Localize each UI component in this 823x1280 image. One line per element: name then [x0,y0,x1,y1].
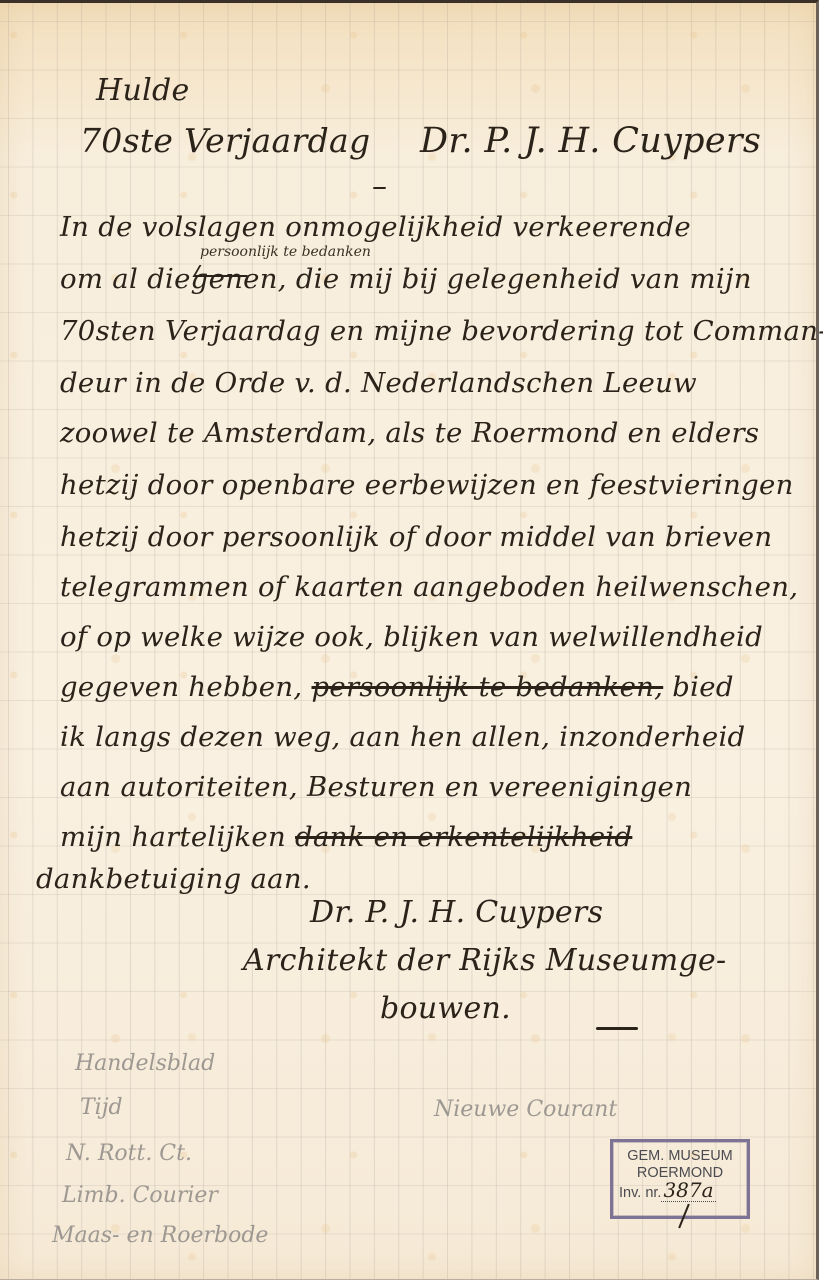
pencil-note: Nieuwe Courant [434,1097,617,1122]
struck-text: persoonlijk te bedanken, [311,671,663,703]
inventory-label: Inv. nr. [619,1185,661,1201]
body-text: bied [663,671,734,703]
signature-dash [596,1027,638,1030]
pencil-note: Tijd [80,1095,123,1120]
body-line: 70sten Verjaardag en mijne bevordering t… [60,315,823,347]
interlinear-insertion: persoonlijk te bedanken [200,244,371,260]
body-line: deur in de Orde v. d. Nederlandschen Lee… [60,367,697,399]
body-line: of op welke wijze ook, blijken van welwi… [60,621,763,653]
struck-text: dank en erkentelijkheid [295,821,632,853]
pencil-note: N. Rott. Ct. [66,1141,192,1166]
body-line: aan autoriteiten, Besturen en vereenigin… [60,771,692,803]
pencil-note: Maas- en Roerbode [52,1223,268,1248]
body-line: om al diegenen, die mij bij gelegenheid … [60,263,752,295]
header-separator: – [372,169,387,204]
body-line: In de volslagen onmogelijkheid verkeeren… [60,211,691,243]
body-line: hetzij door openbare eerbewijzen en fees… [60,469,794,501]
pencil-note: Limb. Courier [62,1183,218,1208]
stamp-inventory: Inv. nr.387a [613,1182,747,1202]
museum-stamp: GEM. MUSEUM ROERMOND Inv. nr.387a [610,1139,750,1219]
pencil-note: Handelsblad [75,1051,215,1076]
occasion-heading: 70ste Verjaardag [80,121,370,160]
honoree-name: Dr. P. J. H. Cuypers [420,121,761,161]
letter-title: Hulde [96,73,190,108]
body-text: gegeven hebben, [60,671,311,703]
body-line: dankbetuiging aan. [36,863,311,895]
body-line: hetzij door persoonlijk of door middel v… [60,521,772,553]
body-line: mijn hartelijken dank en erkentelijkheid [60,821,632,853]
body-line: gegeven hebben, persoonlijk te bedanken,… [60,671,734,703]
body-line: ik langs dezen weg, aan hen allen, inzon… [60,721,745,753]
signature-role: Architekt der Rijks Museumge- [243,943,727,978]
body-line: zoowel te Amsterdam, als te Roermond en … [60,417,759,449]
body-line: telegrammen of kaarten aangeboden heilwe… [60,571,798,603]
body-text: mijn hartelijken [60,821,295,853]
inventory-number: 387a [663,1178,713,1202]
letter-page: Hulde 70ste Verjaardag Dr. P. J. H. Cuyp… [0,0,819,1280]
signature-name: Dr. P. J. H. Cuypers [310,895,603,930]
stamp-line-1: GEM. MUSEUM [613,1148,747,1165]
signature-role-continued: bouwen. [380,991,511,1026]
